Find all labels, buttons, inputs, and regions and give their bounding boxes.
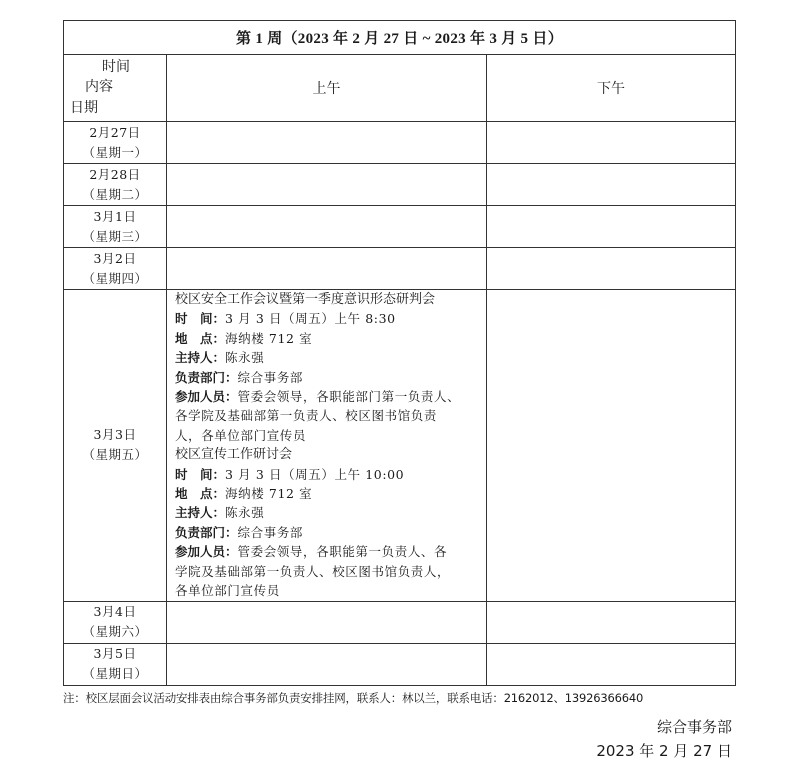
event-place-value: 海纳楼 712 室: [225, 331, 312, 346]
event-time-value: 3 月 3 日（周五）上午 8:30: [225, 311, 396, 326]
afternoon-cell: [487, 601, 736, 643]
morning-cell: [167, 643, 487, 685]
morning-cell: [167, 164, 487, 206]
date-text: 3月2日: [64, 249, 166, 269]
header-morning: 上午: [167, 55, 487, 122]
table-row-sun: 3月5日 （星期日）: [64, 643, 736, 685]
morning-cell: [167, 248, 487, 290]
afternoon-cell: [487, 122, 736, 164]
event-time: 时 间：3 月 3 日（周五）上午 8:30: [175, 309, 486, 328]
date-cell: 3月4日 （星期六）: [64, 601, 167, 643]
weekly-schedule-table: 第 1 周（2023 年 2 月 27 日 ~ 2023 年 3 月 5 日） …: [63, 20, 736, 686]
date-cell: 3月2日 （星期四）: [64, 248, 167, 290]
event-attendees: 参加人员：管委会领导，各职能第一负责人、各: [175, 542, 486, 561]
event-dept-value: 综合事务部: [238, 370, 304, 385]
date-cell: 2月28日 （星期二）: [64, 164, 167, 206]
issue-date: 2023 年 2 月 27 日: [596, 740, 732, 761]
table-row-tue: 2月28日 （星期二）: [64, 164, 736, 206]
event-dept: 负责部门：综合事务部: [175, 523, 486, 542]
event-block: 校区宣传工作研讨会 时 间：3 月 3 日（周五）上午 10:00 地 点：海纳…: [175, 445, 486, 600]
event-title: 校区宣传工作研讨会: [175, 445, 486, 464]
event-time-label: 时 间：: [175, 467, 225, 482]
table-row-mon: 2月27日 （星期一）: [64, 122, 736, 164]
footer-note: 注：校区层面会议活动安排表由综合事务部负责安排挂网，联系人：林以兰，联系电话：2…: [63, 690, 643, 706]
event-dept: 负责部门：综合事务部: [175, 368, 486, 387]
header-afternoon: 下午: [487, 55, 736, 122]
event-attendees: 参加人员：管委会领导，各职能部门第一负责人、: [175, 387, 486, 406]
event-host: 主持人：陈永强: [175, 503, 486, 522]
date-cell: 2月27日 （星期一）: [64, 122, 167, 164]
weekday-text: （星期五）: [64, 445, 166, 465]
date-cell: 3月5日 （星期日）: [64, 643, 167, 685]
table-row-wed: 3月1日 （星期三）: [64, 206, 736, 248]
header-time-label: 时间: [102, 57, 130, 77]
table-row-thu: 3月2日 （星期四）: [64, 248, 736, 290]
afternoon-cell: [487, 248, 736, 290]
event-host-value: 陈永强: [225, 505, 264, 520]
afternoon-cell: [487, 643, 736, 685]
event-host-label: 主持人：: [175, 505, 225, 520]
date-text: 2月28日: [64, 165, 166, 185]
event-attendees-cont: 人，各单位部门宣传员: [175, 426, 486, 445]
weekday-text: （星期三）: [64, 227, 166, 247]
afternoon-cell: [487, 290, 736, 602]
issuer-department: 综合事务部: [657, 716, 732, 737]
event-host-label: 主持人：: [175, 350, 225, 365]
event-dept-value: 综合事务部: [238, 525, 304, 540]
date-cell: 3月1日 （星期三）: [64, 206, 167, 248]
event-place: 地 点：海纳楼 712 室: [175, 484, 486, 503]
date-cell: 3月3日 （星期五）: [64, 290, 167, 602]
date-text: 3月3日: [64, 425, 166, 445]
diagonal-header-cell: 时间 内容 日期: [64, 55, 167, 122]
event-time-label: 时 间：: [175, 311, 225, 326]
morning-cell: [167, 601, 487, 643]
event-place-value: 海纳楼 712 室: [225, 486, 312, 501]
date-text: 3月5日: [64, 644, 166, 664]
morning-cell: 校区安全工作会议暨第一季度意识形态研判会 时 间：3 月 3 日（周五）上午 8…: [167, 290, 487, 602]
schedule-title: 第 1 周（2023 年 2 月 27 日 ~ 2023 年 3 月 5 日）: [64, 21, 736, 55]
table-row-sat: 3月4日 （星期六）: [64, 601, 736, 643]
header-content-label: 内容: [85, 77, 113, 97]
event-dept-label: 负责部门：: [175, 525, 238, 540]
afternoon-cell: [487, 164, 736, 206]
event-host-value: 陈永强: [225, 350, 264, 365]
event-dept-label: 负责部门：: [175, 370, 238, 385]
table-row-fri: 3月3日 （星期五） 校区安全工作会议暨第一季度意识形态研判会 时 间：3 月 …: [64, 290, 736, 602]
event-attendees-cont: 学院及基础部第一负责人、校区图书馆负责人，: [175, 562, 486, 581]
event-attendees-value: 管委会领导，各职能部门第一负责人、: [238, 389, 461, 404]
weekday-text: （星期日）: [64, 664, 166, 684]
event-host: 主持人：陈永强: [175, 348, 486, 367]
weekday-text: （星期四）: [64, 269, 166, 289]
event-title: 校区安全工作会议暨第一季度意识形态研判会: [175, 290, 486, 309]
event-place-label: 地 点：: [175, 486, 225, 501]
weekday-text: （星期一）: [64, 143, 166, 163]
event-time-value: 3 月 3 日（周五）上午 10:00: [225, 467, 404, 482]
header-date-label: 日期: [70, 98, 98, 118]
weekday-text: （星期二）: [64, 185, 166, 205]
afternoon-cell: [487, 206, 736, 248]
morning-cell: [167, 122, 487, 164]
date-text: 3月1日: [64, 207, 166, 227]
date-text: 2月27日: [64, 123, 166, 143]
event-place: 地 点：海纳楼 712 室: [175, 329, 486, 348]
morning-cell: [167, 206, 487, 248]
event-attendees-cont: 各学院及基础部第一负责人、校区图书馆负责: [175, 406, 486, 425]
event-block: 校区安全工作会议暨第一季度意识形态研判会 时 间：3 月 3 日（周五）上午 8…: [175, 290, 486, 445]
date-text: 3月4日: [64, 602, 166, 622]
weekday-text: （星期六）: [64, 622, 166, 642]
event-attendees-value: 管委会领导，各职能第一负责人、各: [238, 544, 448, 559]
event-time: 时 间：3 月 3 日（周五）上午 10:00: [175, 465, 486, 484]
event-attendees-label: 参加人员：: [175, 544, 238, 559]
event-place-label: 地 点：: [175, 331, 225, 346]
event-attendees-cont: 各单位部门宣传员: [175, 581, 486, 600]
event-attendees-label: 参加人员：: [175, 389, 238, 404]
